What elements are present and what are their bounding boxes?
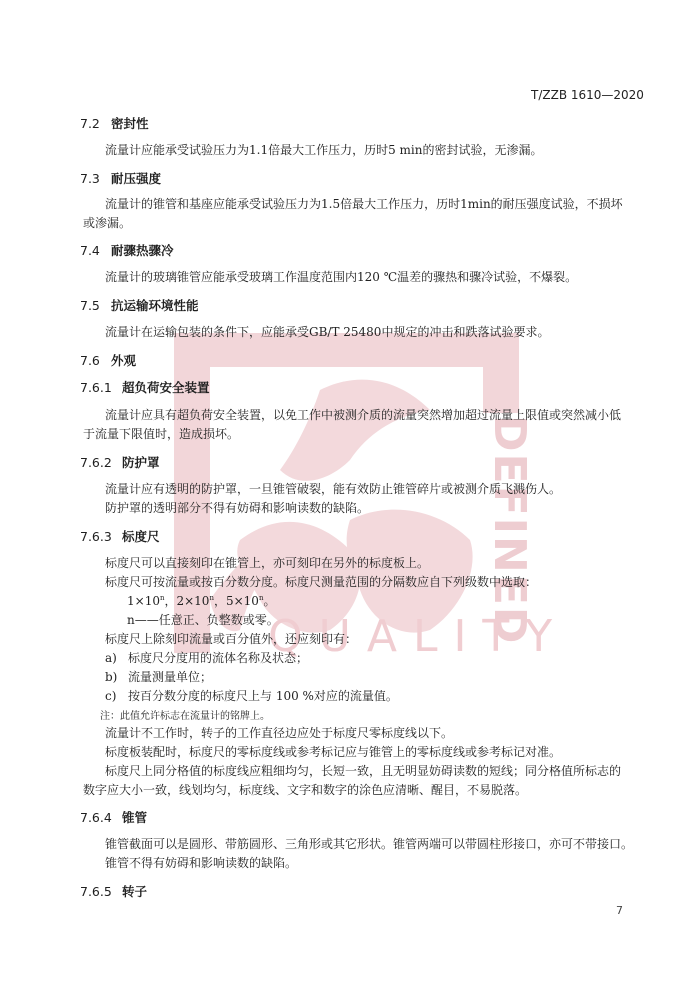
- section-title: 耐压强度: [111, 171, 161, 186]
- paragraph: 流量计应能承受试验压力为1.1倍最大工作压力，历时5 min的密封试验，无渗漏。: [105, 141, 542, 158]
- paragraph: 锥管截面可以是圆形、带筋圆形、三角形或其它形状。锥管两端可以带圆柱形接口，亦可不…: [105, 835, 633, 852]
- list-text: 按百分数分度的标度尺上与 100 %对应的流量值。: [128, 689, 398, 703]
- section-title: 标度尺: [122, 529, 160, 544]
- section-heading-7-6-4: 7.6.4锥管: [80, 808, 147, 826]
- section-title: 转子: [122, 884, 147, 899]
- list-item: a)标度尺分度用的流体名称及状态；: [105, 649, 308, 666]
- section-number: 7.6.5: [80, 884, 122, 899]
- list-marker: c): [105, 689, 128, 703]
- section-title: 锥管: [122, 810, 147, 825]
- section-number: 7.6.2: [80, 455, 122, 470]
- list-marker: b): [105, 670, 128, 684]
- section-title: 外观: [111, 353, 136, 368]
- document-page: T/ZZB 1610—2020 7.2密封性 流量计应能承受试验压力为1.1倍最…: [0, 0, 700, 989]
- paragraph: 流量计的玻璃锥管应能承受玻璃工作温度范围内120 ℃温差的骤热和骤冷试验，不爆裂…: [105, 268, 577, 285]
- section-title: 密封性: [111, 116, 149, 131]
- paragraph: 流量计应有透明的防护罩，一旦锥管破裂，能有效防止锥管碎片或被测介质飞溅伤人。: [105, 480, 561, 497]
- list-text: 标度尺分度用的流体名称及状态；: [128, 651, 308, 665]
- section-number: 7.6.4: [80, 810, 122, 825]
- list-marker: a): [105, 651, 128, 665]
- paragraph: 标度尺可按流量或按百分数分度。标度尺测量范围的分隔数应自下列级数中选取：: [105, 573, 537, 590]
- section-number: 7.3: [80, 171, 111, 186]
- section-heading-7-6: 7.6外观: [80, 351, 136, 369]
- section-title: 防护罩: [122, 455, 160, 470]
- formula-term: 1×10: [127, 594, 160, 608]
- paragraph: 流量计不工作时，转子的工作直径边应处于标度尺零标度线以下。: [105, 724, 453, 741]
- section-heading-7-6-5: 7.6.5转子: [80, 882, 147, 900]
- series-formula: 1×10n，2×10n，5×10n。: [127, 592, 275, 609]
- section-heading-7-6-1: 7.6.1超负荷安全装置: [80, 378, 210, 396]
- formula-term: ，2×10: [164, 594, 209, 608]
- page-number: 7: [616, 904, 623, 917]
- section-title: 抗运输环境性能: [111, 298, 199, 313]
- section-heading-7-2: 7.2密封性: [80, 114, 149, 132]
- section-heading-7-6-2: 7.6.2防护罩: [80, 453, 160, 471]
- paragraph-continued: 或渗漏。: [83, 214, 131, 231]
- paragraph: 流量计在运输包装的条件下，应能承受GB/T 25480中规定的冲击和跌落试验要求…: [105, 323, 549, 340]
- section-number: 7.2: [80, 116, 111, 131]
- paragraph: 标度尺上同分格值的标度线应粗细均匀，长短一致，且无明显妨碍读数的短线；同分格值所…: [105, 762, 621, 779]
- list-item: b)流量测量单位；: [105, 668, 212, 685]
- paragraph: 流量计的锥管和基座应能承受试验压力为1.5倍最大工作压力，历时1min的耐压强度…: [105, 195, 623, 212]
- section-number: 7.5: [80, 298, 111, 313]
- section-heading-7-4: 7.4耐骤热骤冷: [80, 241, 174, 259]
- section-heading-7-6-3: 7.6.3标度尺: [80, 527, 160, 545]
- paragraph: 标度尺上除刻印流量或百分值外，还应刻印有：: [105, 630, 357, 647]
- paragraph: 锥管不得有妨碍和影响读数的缺陷。: [105, 854, 297, 871]
- paragraph: 防护罩的透明部分不得有妨碍和影响读数的缺陷。: [105, 499, 369, 516]
- section-number: 7.4: [80, 243, 111, 258]
- paragraph: 流量计应具有超负荷安全装置，以免工作中被测介质的流量突然增加超过流量上限值或突然…: [105, 406, 621, 423]
- section-heading-7-5: 7.5抗运输环境性能: [80, 296, 199, 314]
- paragraph-continued: 于流量下限值时，造成损坏。: [83, 425, 239, 442]
- section-heading-7-3: 7.3耐压强度: [80, 169, 161, 187]
- standard-code: T/ZZB 1610—2020: [531, 88, 644, 102]
- section-title: 超负荷安全装置: [122, 380, 210, 395]
- variable-definition: n——任意正、负整数或零。: [127, 611, 279, 628]
- section-title: 耐骤热骤冷: [111, 243, 174, 258]
- note: 注：此值允许标志在流量计的铭牌上。: [100, 707, 270, 722]
- formula-term: 。: [263, 594, 275, 608]
- paragraph-continued: 数字应大小一致，线划均匀，标度线、文字和数字的涂色应清晰、醒目，不易脱落。: [83, 781, 527, 798]
- list-text: 流量测量单位；: [128, 670, 212, 684]
- formula-term: ，5×10: [214, 594, 259, 608]
- list-item: c)按百分数分度的标度尺上与 100 %对应的流量值。: [105, 687, 398, 704]
- paragraph: 标度尺可以直接刻印在锥管上，亦可刻印在另外的标度板上。: [105, 554, 429, 571]
- section-number: 7.6: [80, 353, 111, 368]
- section-number: 7.6.3: [80, 529, 122, 544]
- section-number: 7.6.1: [80, 380, 122, 395]
- paragraph: 标度板装配时，标度尺的零标度线或参考标记应与锥管上的零标度线或参考标记对准。: [105, 743, 561, 760]
